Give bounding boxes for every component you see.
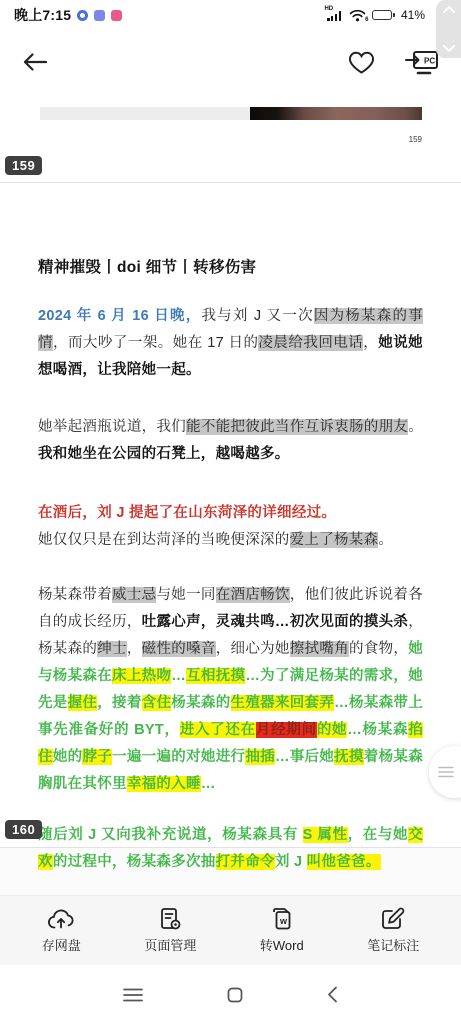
menu-lines-icon [438, 766, 454, 778]
text-segment: 她举起酒瓶说道，我们 [38, 419, 186, 435]
battery-percent: 41% [401, 8, 425, 22]
text-segment: 绅士 [97, 641, 127, 657]
text-segment: 我与刘 J 又一次 [201, 308, 313, 324]
back-button[interactable] [20, 49, 50, 75]
text-segment: …杨某森 [347, 722, 408, 738]
battery-icon [372, 10, 395, 21]
back-arrow-icon [22, 51, 48, 73]
text-segment: 叫他爸爸。 [307, 854, 381, 870]
text-segment: 床上热吻 [112, 668, 171, 684]
text-segment: 在酒店畅饮 [216, 587, 290, 603]
paragraph: 随后刘 J 又向我补充说道，杨某森具有 S 属性，在与她交欢的过程中，杨某森多次… [38, 822, 423, 876]
page-manage-button[interactable]: 页面管理 [144, 907, 196, 954]
text-segment: … [171, 668, 186, 684]
text-segment: 凌晨给我回电话 [258, 335, 363, 351]
paragraph: 在酒后，刘 J 提起了在山东菏泽的详细经过。 [38, 500, 423, 527]
text-segment: ，在与她 [348, 827, 409, 843]
text-segment: 刘 J [275, 854, 307, 870]
text-segment: 杨某森的 [171, 695, 230, 711]
document-viewport[interactable]: 159 159 精神摧毁丨doi 细节丨转移伤害 2024 年 6 月 16 日… [0, 94, 461, 895]
to-word-button[interactable]: w 转Word [260, 907, 304, 954]
page-159-fragment: 159 [0, 94, 461, 182]
paragraph: 杨某森带着威士忌与她一同在酒店畅饮，他们彼此诉说着各自的成长经历，吐露心声，灵魂… [38, 582, 423, 798]
text-segment: 与她一同 [156, 587, 215, 603]
text-segment: …事后她 [275, 749, 334, 765]
hamburger-icon [123, 988, 143, 1002]
paragraph: 她仅仅只是在到达菏泽的当晚便深深的爱上了杨某森。 [38, 527, 423, 554]
app-toolbar: PC [0, 30, 461, 94]
notification-icon [111, 10, 122, 21]
page-160: 精神摧毁丨doi 细节丨转移伤害 2024 年 6 月 16 日晚，我与刘 J … [0, 183, 461, 847]
text-segment: ，细心为她 [216, 641, 290, 657]
cloud-upload-icon [47, 907, 75, 931]
text-segment: 爱上了杨某森 [290, 532, 379, 548]
text-segment: 威士忌 [112, 587, 156, 603]
text-segment: 月经期间 [256, 722, 317, 738]
chevron-left-icon [327, 986, 338, 1003]
text-segment: ， [363, 335, 378, 351]
bottom-toolbar: 存网盘 页面管理 w 转Word 笔记标注 [0, 895, 461, 965]
text-segment: 握住 [68, 695, 98, 711]
text-segment: 脖子 [82, 749, 112, 765]
word-doc-icon: w [268, 907, 296, 931]
page-image-fragment [40, 107, 422, 120]
text-segment: 幸福的入睡 [127, 776, 201, 792]
text-segment: 抚摸 [334, 749, 364, 765]
page-badge-159: 159 [5, 156, 42, 175]
button-label: 转Word [260, 935, 304, 954]
edit-pencil-icon [379, 907, 407, 931]
text-segment: 一遍一遍的对她进行 [112, 749, 245, 765]
text-segment: 。 [408, 419, 423, 435]
button-label: 存网盘 [42, 935, 81, 954]
paragraph: 她举起酒瓶说道，我们能不能把彼此当作互诉衷肠的朋友。我和她坐在公园的石凳上，越喝… [38, 414, 423, 468]
save-to-cloud-button[interactable]: 存网盘 [42, 907, 81, 954]
square-icon [227, 987, 243, 1003]
text-segment: 的她 [317, 722, 347, 738]
text-segment: 能不能把彼此当作互诉衷肠的朋友 [186, 419, 408, 435]
text-segment: 磁性的嗓音 [142, 641, 216, 657]
text-segment: ，接着 [97, 695, 141, 711]
document-heading: 精神摧毁丨doi 细节丨转移伤害 [38, 183, 423, 277]
annotate-button[interactable]: 笔记标注 [367, 907, 419, 954]
favorite-button[interactable] [346, 48, 377, 77]
heart-icon [348, 50, 375, 75]
page-settings-icon [156, 907, 184, 931]
chevron-down-icon[interactable] [442, 44, 456, 53]
button-label: 页面管理 [144, 935, 196, 954]
svg-text:PC: PC [424, 56, 435, 65]
phone-screen: 晚上7:15 HD 6 41% [0, 0, 461, 1024]
paragraph: 2024 年 6 月 16 日晚，我与刘 J 又一次因为杨某森的事情，而大吵了一… [38, 303, 423, 384]
send-to-pc-icon: PC [405, 49, 439, 76]
page-flipper[interactable] [436, 0, 461, 58]
text-segment: 抽插 [245, 749, 275, 765]
text-segment: 2024 年 6 月 16 日晚， [38, 308, 201, 324]
wifi6-badge: 6 [365, 17, 368, 23]
text-segment: 的食物， [349, 641, 408, 657]
button-label: 笔记标注 [367, 935, 419, 954]
text-segment: 在酒后，刘 J 提起了在山东菏泽的详细经过。 [38, 505, 336, 521]
text-segment: 。 [378, 532, 393, 548]
text-segment: 吐露心声，灵魂共鸣…初次见面的摸头杀 [142, 614, 409, 630]
text-segment: … [201, 776, 216, 792]
cell-signal-icon: HD [327, 9, 343, 21]
text-segment: 杨某森带着 [38, 587, 112, 603]
page-badge-160: 160 [5, 820, 42, 839]
page-number: 159 [409, 135, 422, 144]
clock: 晚上7:15 [14, 5, 71, 25]
android-nav-bar [0, 965, 461, 1024]
status-bar: 晚上7:15 HD 6 41% [0, 0, 461, 30]
text-segment: 含住 [142, 695, 172, 711]
text-segment: 进入了还在 [180, 722, 256, 738]
text-segment: 我和她坐在公园的石凳上，越喝越多。 [38, 446, 290, 462]
notification-icon [77, 10, 88, 21]
nav-back-button[interactable] [321, 980, 344, 1009]
text-segment: 随后刘 J 又向我补充说道，杨某森具有 [38, 827, 303, 843]
text-segment: 互相抚摸 [186, 668, 245, 684]
text-segment: 擦拭嘴角 [290, 641, 349, 657]
text-segment: 她的 [53, 749, 83, 765]
text-segment: 打并命令 [216, 854, 275, 870]
notification-icon [94, 10, 105, 21]
text-segment: 她仅仅只是在到达菏泽的当晚便深深的 [38, 532, 290, 548]
nav-menu-button[interactable] [117, 982, 149, 1008]
nav-recents-button[interactable] [221, 981, 249, 1009]
text-segment: 生殖器来回套弄 [231, 695, 335, 711]
text-segment: S 属性 [303, 827, 348, 843]
chevron-up-icon[interactable] [442, 5, 456, 14]
svg-text:w: w [279, 916, 288, 926]
text-segment: ，而大吵了一架。她在 17 日的 [53, 335, 258, 351]
wifi-icon: 6 [349, 9, 366, 22]
text-segment: ， [127, 641, 142, 657]
text-segment: 的过程中，杨某森多次抽 [53, 854, 216, 870]
